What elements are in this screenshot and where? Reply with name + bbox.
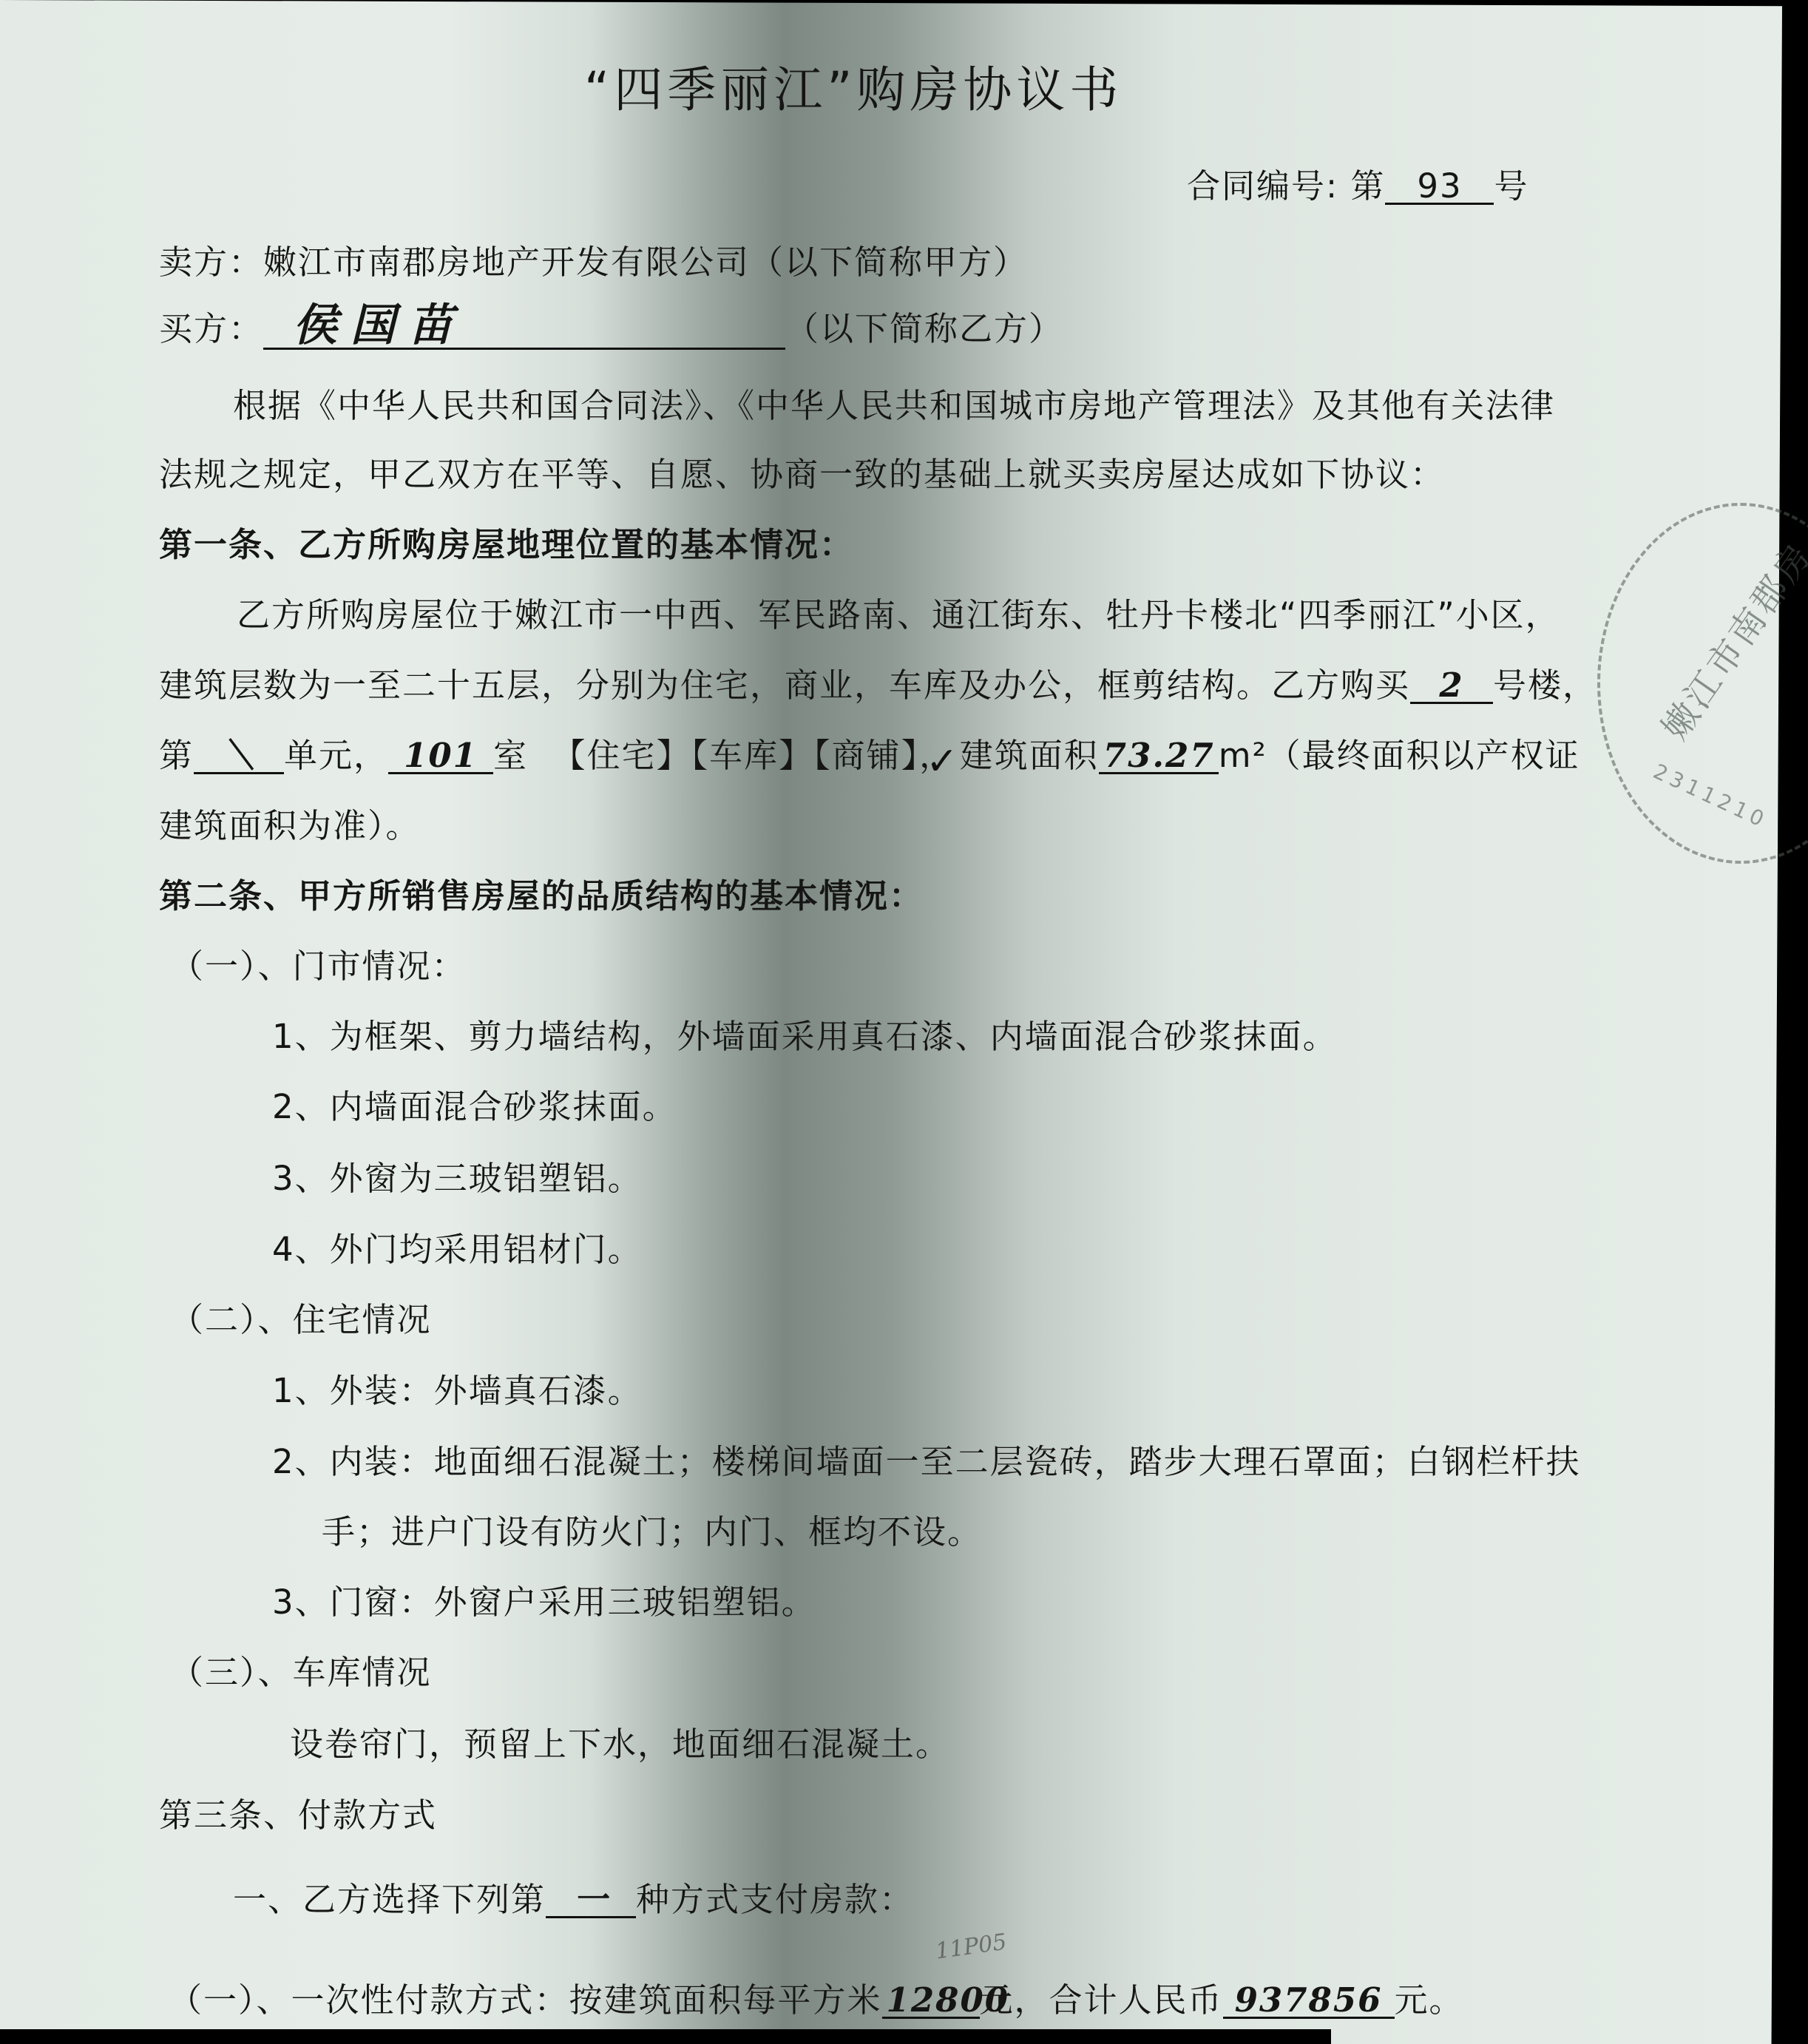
contract-number-suffix: 号 [1494, 166, 1528, 206]
lump-sum-mid: 元，合计人民币 [980, 1980, 1223, 2020]
room-number: 101 [388, 739, 493, 774]
residential-item-3: 3、门窗：外窗户采用三玻铝塑铝。 [272, 1575, 816, 1623]
article-2-heading: 第二条、甲方所销售房屋的品质结构的基本情况： [159, 869, 924, 917]
contract-number-value: 93 [1385, 169, 1494, 205]
unit-suffix: 单元， [284, 736, 388, 775]
unit-number: ＼ [194, 739, 284, 774]
buyer-name-signature: 侯国苗 [263, 303, 785, 350]
seller-name: 嫩江市南郡房地产开发有限公司（以下简称甲方） [263, 243, 1028, 282]
residential-item-2: 2、内装：地面细石混凝土；楼梯间墙面一至二层瓷砖，踏步大理石罩面；白钢栏杆扶 [272, 1435, 1581, 1483]
garage-item-1: 设卷帘门，预留上下水，地面细石混凝土。 [290, 1717, 950, 1765]
section-garage-heading: （三）、车库情况 [170, 1645, 432, 1693]
room-suffix: 室 [493, 736, 528, 775]
total-price: 937856 [1223, 1983, 1395, 2019]
residential-item-1: 1、外装：外墙真石漆。 [272, 1364, 643, 1412]
seller-line: 卖方：嫩江市南郡房地产开发有限公司（以下简称甲方） [159, 235, 1028, 283]
preamble-line-1: 根据《中华人民共和国合同法》、《中华人民共和国城市房地产管理法》及其他有关法律 [233, 379, 1555, 427]
property-types: 【住宅】【车库】【商铺】， [552, 736, 955, 775]
payment-choice-value: 一 [546, 1883, 636, 1918]
building-suffix: 号楼， [1493, 666, 1597, 705]
article-1-line-4: 建筑面积为准）。 [159, 799, 421, 847]
article-1-line-1: 乙方所购房屋位于嫩江市一中西、军民路南、通江街东、牡丹卡楼北“四季丽江”小区， [237, 588, 1560, 636]
building-number: 2 [1410, 669, 1493, 704]
article-3-heading: 第三条、付款方式 [159, 1788, 437, 1836]
unit-label: 第 [159, 736, 194, 775]
article-1-line-2-text: 建筑层数为一至二十五层，分别为住宅，商业，车库及办公，框剪结构。乙方购买 [159, 666, 1410, 705]
article-1-line-3: 第＼单元，101室 【住宅】【车库】【商铺】，✓建筑面积73.27m²（最终面积… [159, 728, 1580, 776]
buyer-line: 买方：侯国苗（以下简称乙方） [159, 302, 1063, 350]
section-storefront-heading: （一）、门市情况： [170, 939, 467, 987]
article-1-heading: 第一条、乙方所购房屋地理位置的基本情况： [159, 518, 854, 566]
area-suffix: m²（最终面积以产权证 [1219, 736, 1580, 775]
lump-sum-line: （一）、一次性付款方式：按建筑面积每平方米12800元，合计人民币937856元… [169, 1973, 1464, 2021]
unit-price: 12800 [882, 1983, 980, 2019]
preamble-line-2: 法规之规定，甲乙双方在平等、自愿、协商一致的基础上就买卖房屋达成如下协议： [159, 447, 1445, 495]
contract-number-label: 合同编号: 第 [1187, 166, 1385, 206]
area-value: 73.27 [1099, 739, 1219, 774]
checkmark-icon: ✓ [926, 740, 960, 784]
payment-choice-suffix: 种方式支付房款： [636, 1880, 914, 1919]
article-1-line-2: 建筑层数为一至二十五层，分别为住宅，商业，车库及办公，框剪结构。乙方购买2号楼， [159, 658, 1597, 706]
document-title: “四季丽江”购房协议书 [584, 50, 1123, 121]
seller-label: 卖方： [159, 243, 263, 282]
payment-choice-prefix: 一、乙方选择下列第 [233, 1880, 546, 1919]
storefront-item-2: 2、内墙面混合砂浆抹面。 [272, 1080, 677, 1128]
buyer-label: 买方： [159, 309, 263, 348]
storefront-item-1: 1、为框架、剪力墙结构，外墙面采用真石漆、内墙面混合砂浆抹面。 [272, 1009, 1338, 1057]
payment-choice-line: 一、乙方选择下列第一种方式支付房款： [233, 1872, 914, 1921]
lump-sum-suffix: 元。 [1395, 1980, 1464, 2020]
area-label: 建筑面积 [960, 736, 1099, 775]
storefront-item-3: 3、外窗为三玻铝塑铝。 [272, 1151, 643, 1199]
storefront-item-4: 4、外门均采用铝材门。 [272, 1222, 643, 1270]
lump-sum-prefix: （一）、一次性付款方式：按建筑面积每平方米 [169, 1980, 882, 2020]
page-edge-shadow [0, 2029, 1331, 2044]
section-residential-heading: （二）、住宅情况 [170, 1293, 432, 1341]
residential-item-2-cont: 手；进户门设有防火门；内门、框均不设。 [322, 1505, 982, 1553]
buyer-suffix: （以下简称乙方） [785, 309, 1063, 348]
contract-number: 合同编号: 第93号 [1187, 159, 1528, 207]
